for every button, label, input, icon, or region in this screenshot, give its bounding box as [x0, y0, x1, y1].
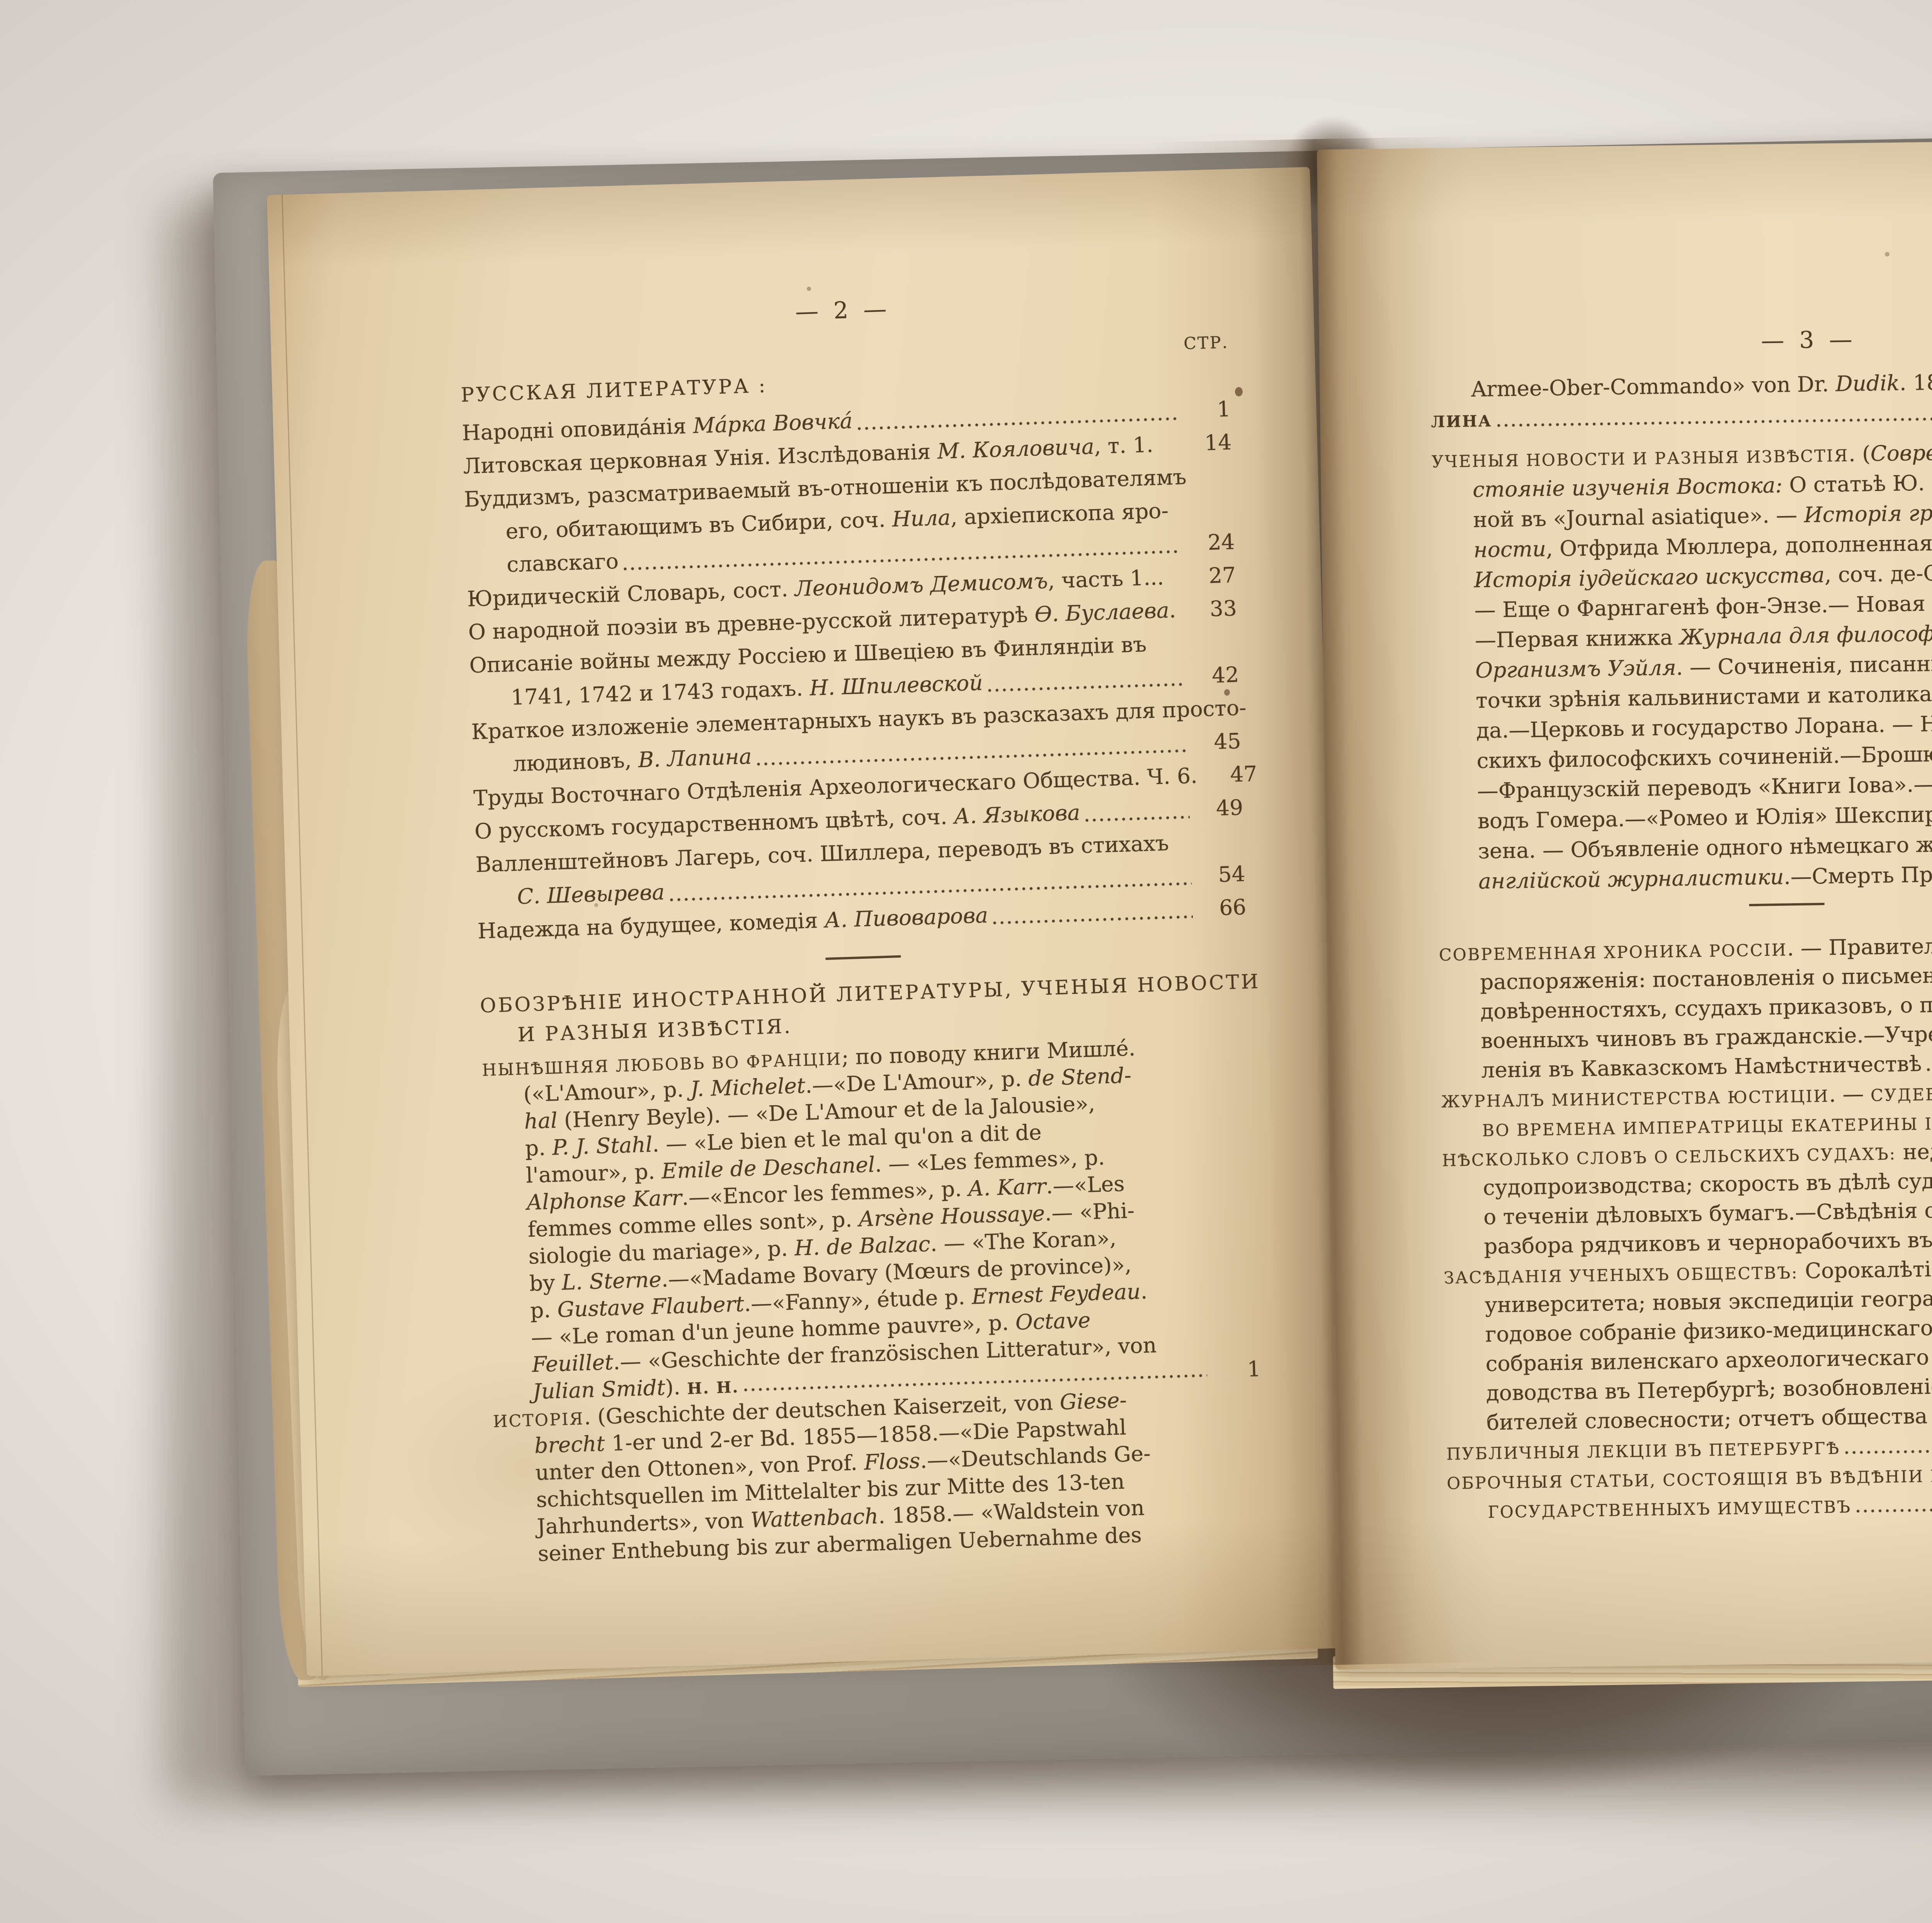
styled-text: Организмъ Уэйля	[1475, 655, 1677, 683]
styled-text: англійской журналистики	[1478, 865, 1784, 894]
styled-text: В. Лапина	[638, 744, 752, 772]
page-ref: 1	[1182, 392, 1231, 427]
page-ref: 42	[1190, 658, 1240, 693]
dot-leader	[992, 913, 1193, 927]
styled-text: Gustave Flaubert	[557, 1291, 744, 1322]
styled-text: Julian Smidt	[532, 1375, 666, 1404]
styled-text: Ѳ. Буслаева	[1034, 598, 1169, 627]
dot-leader	[1925, 1063, 1932, 1074]
styled-text: Публичныя лекціи въ Петербургѣ	[1446, 1439, 1840, 1464]
styled-text: Ernest Feydeau	[971, 1279, 1141, 1309]
styled-text: Arsène Houssaye	[859, 1201, 1045, 1231]
styled-text: Н. Шпилевской	[809, 670, 983, 700]
dot-leader	[1844, 1444, 1932, 1457]
styled-text: P. J. Stahl	[552, 1132, 653, 1160]
page-ref: 24	[1186, 525, 1235, 560]
styled-text: Alphonse Karr	[526, 1185, 682, 1215]
foxing-spot	[1235, 387, 1243, 396]
toc-section-foreign-literature: Нынѣшняя любовь во Франціи; по поводу кн…	[481, 1031, 1266, 1569]
styled-text: Исторія іудейскаго искусства	[1474, 562, 1825, 592]
foxing-spot	[807, 287, 811, 291]
toc-line-text: лина	[1431, 404, 1492, 437]
styled-text: Современное со-	[1870, 438, 1932, 466]
page-ref: 47	[1208, 757, 1258, 792]
styled-text: ности	[1473, 537, 1546, 562]
page-ref: 33	[1188, 591, 1238, 626]
spacer	[1153, 451, 1184, 452]
styled-text: Floss	[864, 1448, 920, 1475]
spacer	[1164, 584, 1188, 584]
styled-text: Ученыя новости и разныя извѣстія	[1432, 446, 1849, 472]
page-ref: 66	[1197, 890, 1247, 925]
dot-leader	[1496, 412, 1932, 430]
styled-text: лина	[1431, 412, 1492, 431]
styled-text: Dudik	[1835, 370, 1900, 396]
styled-text: Журнала для философіи	[1679, 621, 1932, 650]
styled-text: Wattenbach	[750, 1503, 879, 1532]
styled-text: Исторія греческой словес-	[1804, 498, 1932, 527]
foxing-spot	[1885, 252, 1889, 257]
toc-section-russian-chronicle: Современная хроника Россіи. — Правительс…	[1439, 928, 1932, 1526]
toc-line-text: С. Шевырева	[517, 875, 665, 913]
left-str-column-label: СТР.	[1184, 334, 1229, 352]
styled-text: А. Пивоварова	[824, 903, 988, 933]
styled-text: Исторія	[493, 1409, 584, 1431]
styled-text: brecht	[534, 1431, 605, 1458]
page-ref: 54	[1196, 857, 1246, 892]
toc-line-text: государственныхъ имуществъ	[1488, 1490, 1852, 1527]
styled-text: Леонидомъ Демисомъ	[794, 568, 1048, 601]
styled-text: А. Языкова	[954, 800, 1080, 829]
page-ref: 1	[1212, 1355, 1261, 1384]
styled-text: H. de Balzac	[794, 1232, 930, 1260]
dot-leader	[987, 680, 1186, 694]
styled-text: Feuillet	[532, 1350, 614, 1377]
dot-leader	[1084, 813, 1190, 824]
styled-text: С. Шевырева	[517, 880, 665, 909]
styled-text: Н. Н.	[687, 1378, 739, 1398]
styled-text: государственныхъ имуществъ	[1488, 1497, 1851, 1522]
page-ref: 27	[1187, 558, 1236, 593]
styled-text: Нѣсколько словъ о сельскихъ судахъ:	[1442, 1144, 1896, 1170]
page-ref: 14	[1183, 425, 1232, 460]
styled-text: Журналъ министерства юстиціи	[1441, 1087, 1829, 1112]
styled-text: de Stend-	[1028, 1063, 1132, 1091]
styled-text: Нила	[892, 505, 951, 532]
styled-text: во времена императрицы Екатерины ІІ-й	[1482, 1114, 1932, 1140]
styled-text: A. Karr	[968, 1174, 1046, 1201]
spacer	[1176, 617, 1189, 617]
styled-text: Современная хроника Россіи	[1439, 940, 1787, 965]
styled-text: L. Sterne	[561, 1267, 662, 1295]
dot-leader	[1855, 1503, 1932, 1515]
page-ref: 49	[1194, 791, 1244, 826]
spacer	[1197, 783, 1209, 783]
styled-text: Octave	[1015, 1308, 1091, 1335]
styled-text: Судебная гласность	[1871, 1082, 1932, 1105]
styled-text: Giese-	[1060, 1388, 1127, 1414]
toc-line-text: славскаго	[506, 544, 619, 581]
styled-text: Засѣданія ученыхъ обществъ:	[1444, 1263, 1798, 1288]
styled-text: М. Кояловича	[937, 434, 1095, 464]
toc-section-news-continuation: Armee-Ober-Commando» von Dr. Dudik. 1858…	[1430, 364, 1932, 897]
page-ref: 45	[1192, 724, 1242, 759]
styled-text: hal	[524, 1108, 558, 1134]
styled-text: стояніе изученія Востока:	[1473, 473, 1783, 502]
styled-text: Ма́рка Вовчка́	[693, 408, 853, 438]
styled-text: Оброчныя статьи, состоящія въ вѣдѣніи ми…	[1447, 1464, 1932, 1493]
toc-section-russian-literature: Народні оповида́нія Ма́рка Вовчка́1Литов…	[461, 392, 1247, 948]
styled-text: J. Michelet	[690, 1073, 806, 1101]
